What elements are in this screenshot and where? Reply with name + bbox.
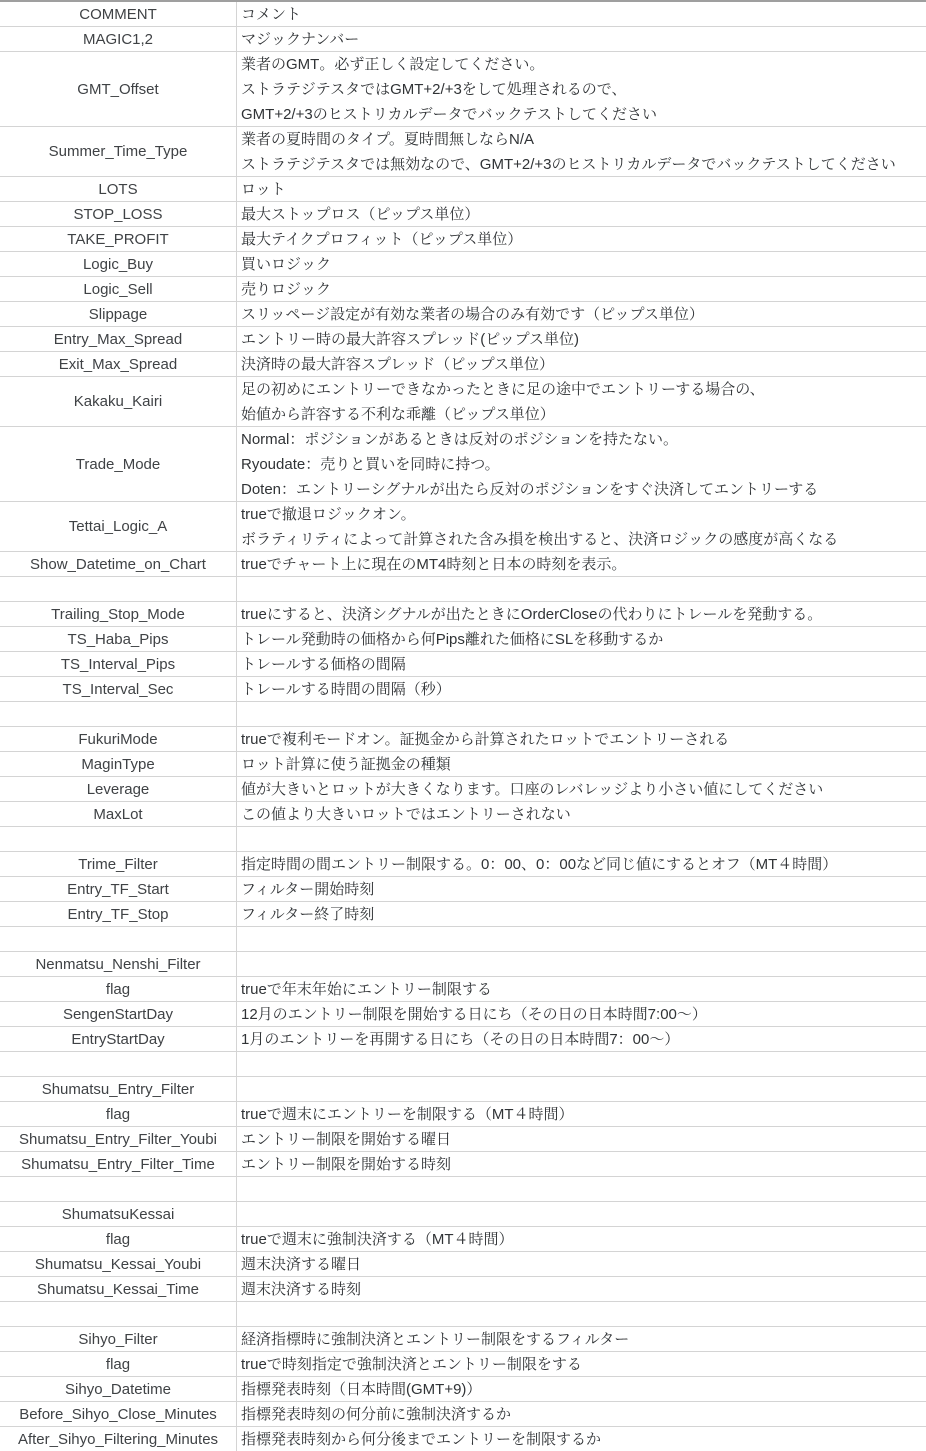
param-name-cell[interactable]: TS_Interval_Sec [0, 677, 237, 701]
table-row: TS_Interval_Pips トレールする価格の間隔 [0, 652, 926, 677]
description-line: エントリー制限を開始する時刻 [241, 1152, 926, 1176]
param-name-cell[interactable]: TS_Interval_Pips [0, 652, 237, 676]
param-name-label: TS_Interval_Pips [61, 656, 175, 673]
table-row: flag trueで週末にエントリーを制限する（MT４時間） [0, 1102, 926, 1127]
description-line: Normal：ポジションがあるときは反対のポジションを持たない。 [241, 427, 926, 452]
description-cell[interactable] [237, 1202, 926, 1226]
param-name-cell[interactable]: Before_Sihyo_Close_Minutes [0, 1402, 237, 1426]
description-cell[interactable]: 指標発表時刻の何分前に強制決済するか [237, 1402, 926, 1426]
table-row: Entry_Max_Spread エントリー時の最大許容スプレッド(ピップス単位… [0, 327, 926, 352]
description-line: 週末決済する曜日 [241, 1252, 926, 1276]
description-line: コメント [241, 2, 926, 26]
table-row: Shumatsu_Kessai_Time 週末決済する時刻 [0, 1277, 926, 1302]
param-name-cell[interactable]: Trade_Mode [0, 427, 237, 501]
param-name-cell[interactable]: Shumatsu_Kessai_Youbi [0, 1252, 237, 1276]
table-row [0, 827, 926, 852]
param-name-label: flag [106, 981, 130, 998]
table-row: Logic_Sell 売りロジック [0, 277, 926, 302]
description-line: 買いロジック [241, 252, 926, 276]
param-name-label: MaginType [81, 756, 154, 773]
description-cell[interactable]: トレール発動時の価格から何Pips離れた価格にSLを移動するか [237, 627, 926, 651]
param-name-label: Trade_Mode [76, 456, 161, 473]
table-row: Nenmatsu_Nenshi_Filter [0, 952, 926, 977]
param-name-label: Shumatsu_Kessai_Youbi [35, 1256, 201, 1273]
table-row: TAKE_PROFIT 最大テイクプロフィット（ピップス単位） [0, 227, 926, 252]
param-name-cell[interactable]: GMT_Offset [0, 52, 237, 126]
param-name-cell[interactable] [0, 1177, 237, 1201]
table-row: Slippage スリッページ設定が有効な業者の場合のみ有効です（ピップス単位） [0, 302, 926, 327]
table-row: MaginType ロット計算に使う証拠金の種類 [0, 752, 926, 777]
description-cell[interactable]: trueで年末年始にエントリー制限する [237, 977, 926, 1001]
description-cell[interactable]: trueで撤退ロジックオン。ボラティリティによって計算された含み損を検出すると、… [237, 502, 926, 551]
param-name-cell[interactable]: Tettai_Logic_A [0, 502, 237, 551]
table-row: Sihyo_Filter 経済指標時に強制決済とエントリー制限をするフィルター [0, 1327, 926, 1352]
description-cell[interactable]: trueにすると、決済シグナルが出たときにOrderCloseの代わりにトレール… [237, 602, 926, 626]
description-line: 最大ストップロス（ピップス単位） [241, 202, 926, 226]
param-name-label: Shumatsu_Entry_Filter_Time [21, 1156, 215, 1173]
description-cell[interactable]: トレールする価格の間隔 [237, 652, 926, 676]
description-cell[interactable]: エントリー制限を開始する曜日 [237, 1127, 926, 1151]
param-name-label: Trailing_Stop_Mode [51, 606, 185, 623]
param-name-cell[interactable]: LOTS [0, 177, 237, 201]
description-cell[interactable] [237, 1077, 926, 1101]
table-row: Kakaku_Kairi 足の初めにエントリーできなかったときに足の途中でエント… [0, 377, 926, 427]
param-name-label: STOP_LOSS [74, 206, 163, 223]
param-name-cell[interactable]: flag [0, 1227, 237, 1251]
param-name-cell[interactable]: Summer_Time_Type [0, 127, 237, 176]
param-name-label: Before_Sihyo_Close_Minutes [19, 1406, 217, 1423]
table-row: EntryStartDay 1月のエントリーを再開する日にち（その日の日本時間7… [0, 1027, 926, 1052]
table-row: Entry_TF_Stop フィルター終了時刻 [0, 902, 926, 927]
description-cell[interactable]: フィルター開始時刻 [237, 877, 926, 901]
param-name-label: ShumatsuKessai [62, 1206, 175, 1223]
param-name-cell[interactable]: Shumatsu_Entry_Filter_Time [0, 1152, 237, 1176]
param-name-cell[interactable]: MAGIC1,2 [0, 27, 237, 51]
table-row [0, 1302, 926, 1327]
param-name-label: Kakaku_Kairi [74, 393, 162, 410]
description-line: ロット計算に使う証拠金の種類 [241, 752, 926, 776]
table-row: Sihyo_Datetime 指標発表時刻（日本時間(GMT+9)） [0, 1377, 926, 1402]
table-row: After_Sihyo_Filtering_Minutes 指標発表時刻から何分… [0, 1427, 926, 1451]
param-name-label: Shumatsu_Kessai_Time [37, 1281, 199, 1298]
description-cell[interactable]: 買いロジック [237, 252, 926, 276]
table-row: Trade_Mode Normal：ポジションがあるときは反対のポジションを持た… [0, 427, 926, 502]
table-row: Tettai_Logic_A trueで撤退ロジックオン。ボラティリティによって… [0, 502, 926, 552]
spreadsheet-parameter-table: COMMENT コメント MAGIC1,2 マジックナンバー GMT_Offse… [0, 0, 926, 1451]
description-cell[interactable]: 週末決済する曜日 [237, 1252, 926, 1276]
param-name-cell[interactable]: EntryStartDay [0, 1027, 237, 1051]
param-name-cell[interactable] [0, 827, 237, 851]
param-name-cell[interactable]: flag [0, 1352, 237, 1376]
param-name-cell[interactable]: flag [0, 1102, 237, 1126]
description-cell[interactable]: 売りロジック [237, 277, 926, 301]
table-row: GMT_Offset 業者のGMT。必ず正しく設定してください。ストラテジテスタ… [0, 52, 926, 127]
description-line: 指標発表時刻の何分前に強制決済するか [241, 1402, 926, 1426]
description-line: trueでチャート上に現在のMT4時刻と日本の時刻を表示。 [241, 552, 926, 576]
description-line: スリッページ設定が有効な業者の場合のみ有効です（ピップス単位） [241, 302, 926, 326]
description-cell[interactable]: 最大ストップロス（ピップス単位） [237, 202, 926, 226]
param-name-cell[interactable]: Trime_Filter [0, 852, 237, 876]
description-cell[interactable]: 指定時間の間エントリー制限する。0：00、0：00など同じ値にするとオフ（MT４… [237, 852, 926, 876]
description-line: GMT+2/+3のヒストリカルデータでバックテストしてください [241, 102, 926, 126]
table-row: Leverage 値が大きいとロットが大きくなります。口座のレバレッジより小さい… [0, 777, 926, 802]
description-line: 指標発表時刻（日本時間(GMT+9)） [241, 1377, 926, 1401]
param-name-cell[interactable]: MaginType [0, 752, 237, 776]
param-name-cell[interactable] [0, 702, 237, 726]
description-cell[interactable]: スリッページ設定が有効な業者の場合のみ有効です（ピップス単位） [237, 302, 926, 326]
description-line: trueで時刻指定で強制決済とエントリー制限をする [241, 1352, 926, 1376]
param-name-label: COMMENT [79, 6, 157, 23]
param-name-cell[interactable] [0, 927, 237, 951]
description-cell[interactable]: trueで時刻指定で強制決済とエントリー制限をする [237, 1352, 926, 1376]
table-row: MaxLot この値より大きいロットではエントリーされない [0, 802, 926, 827]
description-cell[interactable]: 経済指標時に強制決済とエントリー制限をするフィルター [237, 1327, 926, 1351]
table-row: Shumatsu_Entry_Filter_Time エントリー制限を開始する時… [0, 1152, 926, 1177]
description-cell[interactable]: ロット計算に使う証拠金の種類 [237, 752, 926, 776]
param-name-cell[interactable]: After_Sihyo_Filtering_Minutes [0, 1427, 237, 1451]
table-row: flag trueで時刻指定で強制決済とエントリー制限をする [0, 1352, 926, 1377]
description-cell[interactable]: エントリー制限を開始する時刻 [237, 1152, 926, 1176]
param-name-label: EntryStartDay [71, 1031, 164, 1048]
description-line: 指標発表時刻から何分後までエントリーを制限するか [241, 1427, 926, 1451]
param-name-cell[interactable]: FukuriMode [0, 727, 237, 751]
param-name-cell[interactable]: Entry_TF_Stop [0, 902, 237, 926]
param-name-label: flag [106, 1231, 130, 1248]
table-row: LOTS ロット [0, 177, 926, 202]
param-name-cell[interactable]: STOP_LOSS [0, 202, 237, 226]
param-name-cell[interactable]: Shumatsu_Kessai_Time [0, 1277, 237, 1301]
description-cell[interactable]: 指標発表時刻から何分後までエントリーを制限するか [237, 1427, 926, 1451]
description-line: エントリー制限を開始する曜日 [241, 1127, 926, 1151]
description-line: ストラテジテスタでは無効なので、GMT+2/+3のヒストリカルデータでバックテス… [241, 152, 926, 176]
description-cell[interactable] [237, 1052, 926, 1076]
description-line: 最大テイクプロフィット（ピップス単位） [241, 227, 926, 251]
description-line: 始値から許容する不利な乖離（ピップス単位） [241, 402, 926, 426]
table-row [0, 702, 926, 727]
description-line: この値より大きいロットではエントリーされない [241, 802, 926, 826]
description-cell[interactable] [237, 1177, 926, 1201]
description-line: マジックナンバー [241, 27, 926, 51]
description-cell[interactable]: 最大テイクプロフィット（ピップス単位） [237, 227, 926, 251]
param-name-label: Summer_Time_Type [49, 143, 188, 160]
description-cell[interactable]: 値が大きいとロットが大きくなります。口座のレバレッジより小さい値にしてください [237, 777, 926, 801]
param-name-label: Sihyo_Filter [78, 1331, 157, 1348]
param-name-label: Sihyo_Datetime [65, 1381, 171, 1398]
table-row: Shumatsu_Entry_Filter_Youbi エントリー制限を開始する… [0, 1127, 926, 1152]
param-name-cell[interactable]: Slippage [0, 302, 237, 326]
description-line: 値が大きいとロットが大きくなります。口座のレバレッジより小さい値にしてください [241, 777, 926, 801]
param-name-cell[interactable]: ShumatsuKessai [0, 1202, 237, 1226]
description-cell[interactable]: 指標発表時刻（日本時間(GMT+9)） [237, 1377, 926, 1401]
param-name-cell[interactable]: Shumatsu_Entry_Filter [0, 1077, 237, 1101]
param-name-cell[interactable] [0, 577, 237, 601]
param-name-label: Exit_Max_Spread [59, 356, 177, 373]
description-cell[interactable]: ロット [237, 177, 926, 201]
param-name-label: Entry_TF_Start [67, 881, 169, 898]
table-row: Summer_Time_Type 業者の夏時間のタイプ。夏時間無しならN/Aスト… [0, 127, 926, 177]
table-row [0, 1177, 926, 1202]
param-name-label: Logic_Buy [83, 256, 153, 273]
table-row: Shumatsu_Entry_Filter [0, 1077, 926, 1102]
description-line: trueにすると、決済シグナルが出たときにOrderCloseの代わりにトレール… [241, 602, 926, 626]
param-name-cell[interactable]: MaxLot [0, 802, 237, 826]
param-name-label: TAKE_PROFIT [67, 231, 168, 248]
param-name-cell[interactable]: Nenmatsu_Nenshi_Filter [0, 952, 237, 976]
description-line: trueで年末年始にエントリー制限する [241, 977, 926, 1001]
param-name-cell[interactable]: Leverage [0, 777, 237, 801]
description-cell[interactable]: Normal：ポジションがあるときは反対のポジションを持たない。Ryoudate… [237, 427, 926, 501]
description-cell[interactable]: 12月のエントリー制限を開始する日にち（その日の日本時間7:00～） [237, 1002, 926, 1026]
description-line: 経済指標時に強制決済とエントリー制限をするフィルター [241, 1327, 926, 1351]
description-cell[interactable]: trueでチャート上に現在のMT4時刻と日本の時刻を表示。 [237, 552, 926, 576]
table-row: Entry_TF_Start フィルター開始時刻 [0, 877, 926, 902]
table-row: FukuriMode trueで複利モードオン。証拠金から計算されたロットでエン… [0, 727, 926, 752]
param-name-label: Entry_TF_Stop [68, 906, 169, 923]
param-name-label: MAGIC1,2 [83, 31, 153, 48]
table-row: flag trueで週末に強制決済する（MT４時間） [0, 1227, 926, 1252]
param-name-label: Entry_Max_Spread [54, 331, 182, 348]
description-line: Ryoudate：売りと買いを同時に持つ。 [241, 452, 926, 477]
table-row: COMMENT コメント [0, 2, 926, 27]
description-line: trueで撤退ロジックオン。 [241, 502, 926, 527]
param-name-cell[interactable]: Sihyo_Datetime [0, 1377, 237, 1401]
description-line: Doten：エントリーシグナルが出たら反対のポジションをすぐ決済してエントリーす… [241, 477, 926, 501]
description-line: 指定時間の間エントリー制限する。0：00、0：00など同じ値にするとオフ（MT４… [241, 852, 926, 876]
description-line: trueで週末に強制決済する（MT４時間） [241, 1227, 926, 1251]
description-line: トレール発動時の価格から何Pips離れた価格にSLを移動するか [241, 627, 926, 651]
description-cell[interactable]: エントリー時の最大許容スプレッド(ピップス単位) [237, 327, 926, 351]
description-line: トレールする時間の間隔（秒） [241, 677, 926, 701]
description-cell[interactable] [237, 577, 926, 601]
table-row: STOP_LOSS 最大ストップロス（ピップス単位） [0, 202, 926, 227]
param-name-cell[interactable]: TAKE_PROFIT [0, 227, 237, 251]
param-name-label: Tettai_Logic_A [69, 518, 167, 535]
param-name-label: Leverage [87, 781, 150, 798]
param-name-cell[interactable]: COMMENT [0, 2, 237, 26]
param-name-cell[interactable]: Kakaku_Kairi [0, 377, 237, 426]
description-cell[interactable]: trueで週末にエントリーを制限する（MT４時間） [237, 1102, 926, 1126]
param-name-label: Show_Datetime_on_Chart [30, 556, 206, 573]
param-name-label: Slippage [89, 306, 147, 323]
param-name-label: flag [106, 1356, 130, 1373]
description-line: trueで週末にエントリーを制限する（MT４時間） [241, 1102, 926, 1126]
param-name-cell[interactable]: Entry_Max_Spread [0, 327, 237, 351]
table-row: Trime_Filter 指定時間の間エントリー制限する。0：00、0：00など… [0, 852, 926, 877]
description-cell[interactable]: 業者のGMT。必ず正しく設定してください。ストラテジテスタではGMT+2/+3を… [237, 52, 926, 126]
param-name-cell[interactable]: Entry_TF_Start [0, 877, 237, 901]
table-row [0, 927, 926, 952]
param-name-cell[interactable]: Exit_Max_Spread [0, 352, 237, 376]
description-cell[interactable] [237, 952, 926, 976]
description-cell[interactable] [237, 827, 926, 851]
table-row: ShumatsuKessai [0, 1202, 926, 1227]
description-cell[interactable]: 1月のエントリーを再開する日にち（その日の日本時間7：00～） [237, 1027, 926, 1051]
param-name-label: SengenStartDay [63, 1006, 173, 1023]
param-name-cell[interactable]: TS_Haba_Pips [0, 627, 237, 651]
table-row: Exit_Max_Spread 決済時の最大許容スプレッド（ピップス単位） [0, 352, 926, 377]
table-row: MAGIC1,2 マジックナンバー [0, 27, 926, 52]
table-row: TS_Haba_Pips トレール発動時の価格から何Pips離れた価格にSLを移… [0, 627, 926, 652]
table-row: Before_Sihyo_Close_Minutes 指標発表時刻の何分前に強制… [0, 1402, 926, 1427]
param-name-cell[interactable]: flag [0, 977, 237, 1001]
param-name-label: Trime_Filter [78, 856, 157, 873]
param-name-label: Nenmatsu_Nenshi_Filter [35, 956, 200, 973]
table-row: TS_Interval_Sec トレールする時間の間隔（秒） [0, 677, 926, 702]
param-name-label: TS_Interval_Sec [63, 681, 174, 698]
table-row: Show_Datetime_on_Chart trueでチャート上に現在のMT4… [0, 552, 926, 577]
description-line: フィルター開始時刻 [241, 877, 926, 901]
param-name-cell[interactable]: Logic_Sell [0, 277, 237, 301]
description-line: 週末決済する時刻 [241, 1277, 926, 1301]
param-name-cell[interactable]: Show_Datetime_on_Chart [0, 552, 237, 576]
param-name-cell[interactable]: Trailing_Stop_Mode [0, 602, 237, 626]
description-cell[interactable]: コメント [237, 2, 926, 26]
table-row: Trailing_Stop_Mode trueにすると、決済シグナルが出たときに… [0, 602, 926, 627]
param-name-cell[interactable]: Sihyo_Filter [0, 1327, 237, 1351]
description-cell[interactable]: 足の初めにエントリーできなかったときに足の途中でエントリーする場合の、始値から許… [237, 377, 926, 426]
param-name-cell[interactable] [0, 1052, 237, 1076]
table-row [0, 1052, 926, 1077]
param-name-label: TS_Haba_Pips [68, 631, 169, 648]
table-row: Shumatsu_Kessai_Youbi 週末決済する曜日 [0, 1252, 926, 1277]
description-line: ボラティリティによって計算された含み損を検出すると、決済ロジックの感度が高くなる [241, 527, 926, 551]
param-name-label: After_Sihyo_Filtering_Minutes [18, 1431, 218, 1448]
description-cell[interactable]: 業者の夏時間のタイプ。夏時間無しならN/Aストラテジテスタでは無効なので、GMT… [237, 127, 926, 176]
description-line: 業者のGMT。必ず正しく設定してください。 [241, 52, 926, 77]
param-name-label: GMT_Offset [77, 81, 158, 98]
param-name-label: Logic_Sell [83, 281, 152, 298]
param-name-label: FukuriMode [78, 731, 157, 748]
table-row: flag trueで年末年始にエントリー制限する [0, 977, 926, 1002]
description-line: フィルター終了時刻 [241, 902, 926, 926]
description-line: トレールする価格の間隔 [241, 652, 926, 676]
description-cell[interactable]: トレールする時間の間隔（秒） [237, 677, 926, 701]
description-cell[interactable]: trueで週末に強制決済する（MT４時間） [237, 1227, 926, 1251]
param-name-cell[interactable]: Shumatsu_Entry_Filter_Youbi [0, 1127, 237, 1151]
description-line: エントリー時の最大許容スプレッド(ピップス単位) [241, 327, 926, 351]
param-name-label: MaxLot [93, 806, 142, 823]
param-name-cell[interactable] [0, 1302, 237, 1326]
table-row [0, 577, 926, 602]
description-cell[interactable]: trueで複利モードオン。証拠金から計算されたロットでエントリーされる [237, 727, 926, 751]
description-line: trueで複利モードオン。証拠金から計算されたロットでエントリーされる [241, 727, 926, 751]
description-line: 業者の夏時間のタイプ。夏時間無しならN/A [241, 127, 926, 152]
param-name-cell[interactable]: Logic_Buy [0, 252, 237, 276]
description-cell[interactable]: マジックナンバー [237, 27, 926, 51]
description-line: ストラテジテスタではGMT+2/+3をして処理されるので、 [241, 77, 926, 102]
param-name-label: Shumatsu_Entry_Filter_Youbi [19, 1131, 217, 1148]
param-name-cell[interactable]: SengenStartDay [0, 1002, 237, 1026]
param-name-label: LOTS [98, 181, 137, 198]
description-line: 足の初めにエントリーできなかったときに足の途中でエントリーする場合の、 [241, 377, 926, 402]
description-line: ロット [241, 177, 926, 201]
description-line: 1月のエントリーを再開する日にち（その日の日本時間7：00～） [241, 1027, 926, 1051]
description-cell[interactable]: 週末決済する時刻 [237, 1277, 926, 1301]
description-line: 決済時の最大許容スプレッド（ピップス単位） [241, 352, 926, 376]
description-line: 売りロジック [241, 277, 926, 301]
description-line: 12月のエントリー制限を開始する日にち（その日の日本時間7:00～） [241, 1002, 926, 1026]
table-row: Logic_Buy 買いロジック [0, 252, 926, 277]
description-cell[interactable] [237, 1302, 926, 1326]
param-name-label: Shumatsu_Entry_Filter [42, 1081, 195, 1098]
table-row: SengenStartDay 12月のエントリー制限を開始する日にち（その日の日… [0, 1002, 926, 1027]
description-cell[interactable]: 決済時の最大許容スプレッド（ピップス単位） [237, 352, 926, 376]
description-cell[interactable] [237, 927, 926, 951]
description-cell[interactable]: フィルター終了時刻 [237, 902, 926, 926]
description-cell[interactable]: この値より大きいロットではエントリーされない [237, 802, 926, 826]
param-name-label: flag [106, 1106, 130, 1123]
description-cell[interactable] [237, 702, 926, 726]
